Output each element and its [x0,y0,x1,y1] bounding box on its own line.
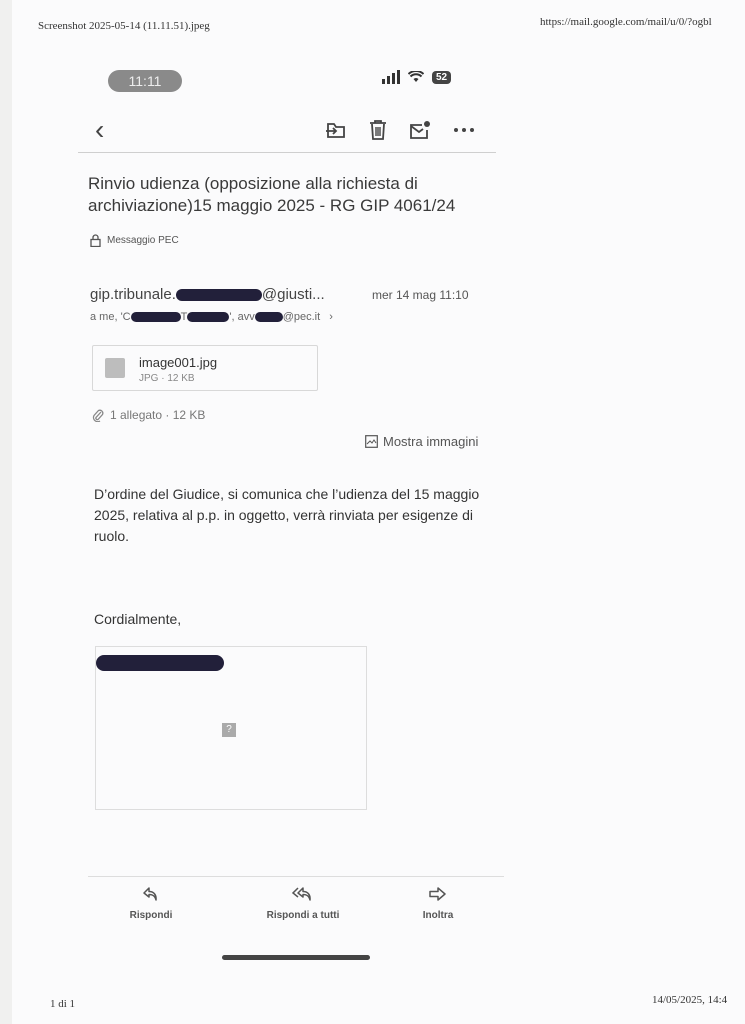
status-time: 11:11 [108,70,182,92]
attachment-summary-text: 1 allegato · 12 KB [110,408,205,422]
chevron-left-icon: ‹ [95,114,104,145]
scan-edge [0,0,12,1024]
reply-icon [142,886,160,902]
attachment-name: image001.jpg [139,355,217,370]
lock-icon [90,234,101,247]
chevron-right-icon: › [329,311,333,323]
email-subject: Rinvio udienza (opposizione alla richies… [88,173,498,217]
sender-prefix: gip.tribunale. [90,286,176,303]
attachment-summary: 1 allegato · 12 KB [92,408,205,422]
trash-icon[interactable] [369,119,387,141]
redacted-text [131,312,181,322]
pec-badge: Messaggio PEC [90,234,179,247]
email-body: D’ordine del Giudice, si comunica che l’… [94,484,504,547]
home-indicator[interactable] [222,955,370,960]
recipients-mid: ', avv [229,311,254,323]
mark-unread-icon[interactable] [409,120,431,140]
email-date: mer 14 mag 11:10 [372,288,469,302]
forward-button[interactable]: Inoltra [410,886,466,921]
toolbar-divider [78,152,496,153]
email-toolbar: ‹ [90,115,500,149]
print-header-title: Screenshot 2025-05-14 (11.11.51).jpeg [38,20,210,32]
broken-image-icon: ? [222,723,236,737]
show-images-label: Mostra immagini [383,434,478,449]
recipients-suffix: @pec.it [283,311,320,323]
reply-all-button[interactable]: Rispondi a tutti [248,886,358,921]
recipients-mid: T [181,311,188,323]
redacted-signature [96,655,224,671]
redacted-text [187,312,229,322]
recipients-prefix: a me, 'C [90,311,131,323]
print-header-url: https://mail.google.com/mail/u/0/?ogbl [540,16,712,28]
redacted-text [255,312,283,322]
pec-label: Messaggio PEC [107,235,179,246]
show-images-button[interactable]: Mostra immagini [365,434,478,449]
wifi-icon [408,71,424,83]
recipients-line[interactable]: a me, 'CT', avv@pec.it › [90,311,333,323]
print-footer-date: 14/05/2025, 14:4 [652,994,727,1006]
print-footer-page: 1 di 1 [50,998,75,1010]
signature-image: ? [95,646,367,810]
reply-all-icon [291,886,315,902]
attachment-card[interactable]: image001.jpg JPG · 12 KB [92,345,318,391]
attachment-meta: JPG · 12 KB [139,373,195,384]
image-thumbnail-icon [105,358,125,378]
reply-all-label: Rispondi a tutti [267,910,340,921]
image-icon [365,435,378,448]
sender-address[interactable]: gip.tribunale.@giusti... [90,286,325,303]
move-to-folder-icon[interactable] [325,120,347,140]
sender-suffix: @giusti... [262,286,325,303]
battery-icon: 52 [432,71,451,84]
back-button[interactable]: ‹ [95,115,104,145]
email-closing: Cordialmente, [94,611,181,627]
reply-label: Rispondi [130,910,173,921]
signal-icon [382,70,400,84]
status-indicators: 52 [382,70,451,84]
email-actions: Rispondi Rispondi a tutti Inoltra [88,886,504,936]
forward-icon [428,886,448,902]
redacted-text [176,289,262,301]
forward-label: Inoltra [423,910,454,921]
actions-divider [88,876,504,877]
paperclip-icon [92,408,104,422]
more-icon[interactable] [453,126,475,134]
reply-button[interactable]: Rispondi [116,886,186,921]
